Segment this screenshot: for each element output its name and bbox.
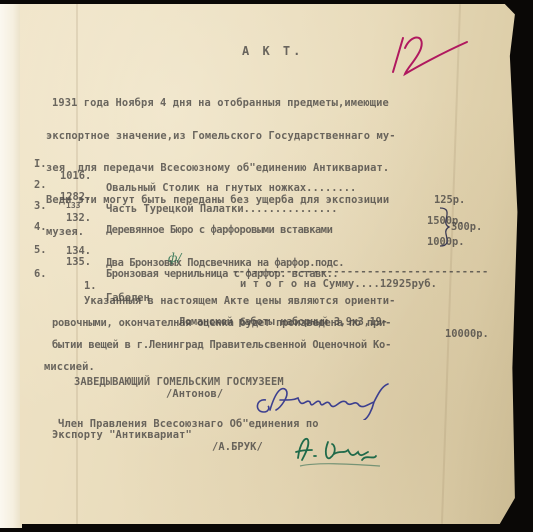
paragraph-line: бытии вещей в г.Ленинград Правительсвенн…: [52, 340, 391, 351]
item-number: 6.: [34, 268, 47, 280]
item-code: 1.: [84, 280, 97, 292]
page-number-handwritten: [385, 28, 475, 83]
grouped-price: 300р.: [451, 221, 482, 233]
paragraph-line: ровочными, окончателная оценка будет про…: [52, 318, 391, 329]
list-item: 2. 1282. Часть Турецкой Палатки.........…: [34, 167, 514, 179]
signature-antonov: [250, 380, 395, 420]
intro-line: 1931 года Ноября 4 дня на отобранныя пре…: [46, 98, 396, 109]
document-scan: 12 А К Т. 1931 года Ноября 4 дня на отоб…: [0, 0, 533, 532]
handwritten-annotation: ф/: [168, 251, 181, 265]
list-item: 3. 132. Деревянное Бюро с фарфоровыми вс…: [34, 188, 514, 200]
paragraph-line: Указанныя в настоящем Акте цены являются…: [84, 296, 395, 307]
signatory-name: /А.БРУК/: [212, 442, 263, 453]
item-code-corrected: 133: [66, 201, 80, 210]
item-number: 5.: [34, 244, 47, 256]
signature-bruk: [288, 432, 383, 472]
list-item: I. 1016. Овальный Столик на гнутых ножка…: [34, 146, 514, 158]
bracket-icon: [438, 206, 452, 248]
page-edge-strip: [0, 4, 22, 528]
signatory-role: Экспорту "Антиквариат": [52, 430, 192, 441]
document-title: А К Т.: [242, 46, 303, 57]
total-line: и т о г о на Сумму....12925руб.: [240, 279, 437, 290]
intro-line: экспортное значение,из Гомельского Госуд…: [46, 131, 396, 142]
signatory-name: /Антонов/: [166, 389, 223, 400]
item-price: 10000р.: [445, 328, 489, 340]
divider-dashes: --------------------------------------: [232, 267, 489, 278]
paragraph-line: миссией.: [44, 362, 95, 373]
